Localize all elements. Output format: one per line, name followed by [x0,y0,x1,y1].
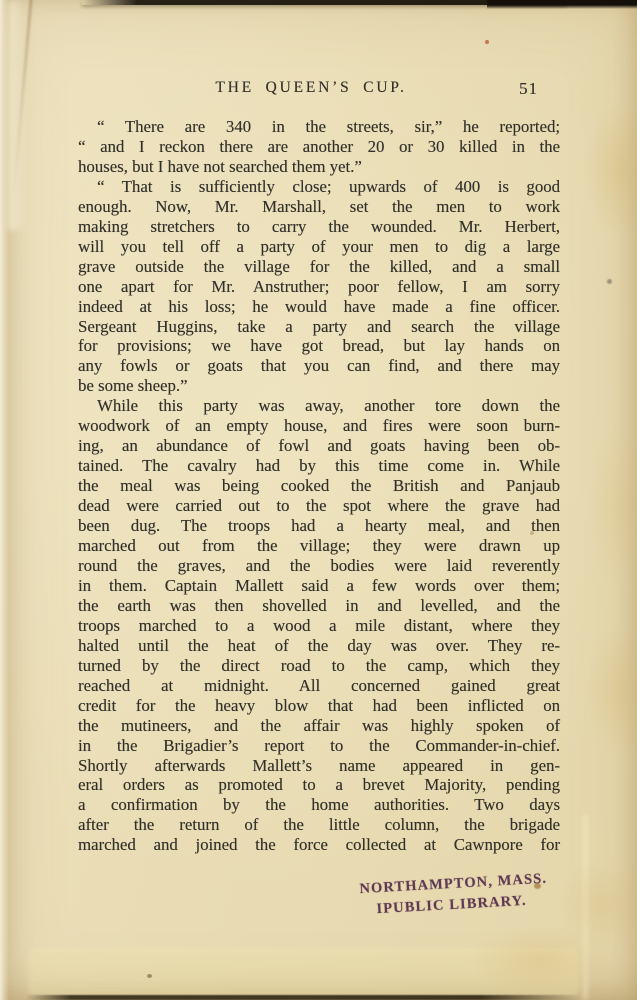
text-line: turned by the direct road to the camp, w… [78,656,560,676]
text-line: be some sheep.” [78,376,560,396]
text-line: eral orders as promoted to a brevet Majo… [78,775,560,795]
text-line: the meal was being cooked the British an… [78,476,560,496]
scan-edge-top-right [487,0,637,9]
text-line: any fowls or goats that you can find, an… [78,356,560,376]
text-line: one apart for Mr. Anstruther; poor fello… [78,277,560,297]
paper-crease-highlight [8,0,28,230]
text-line: enough. Now, Mr. Marshall, set the men t… [78,197,560,217]
page-header: THE QUEEN’S CUP. 51 [78,79,560,101]
text-line: a confirmation by the home authorities. … [78,795,560,815]
scan-edge-bottom [26,995,581,1000]
text-line: the earth was then shovelled in and leve… [78,596,560,616]
text-line: after the return of the little column, t… [78,815,560,835]
text-line: in the Brigadier’s report to the Command… [78,736,560,756]
text-line: troops marched to a wood a mile distant,… [78,616,560,636]
paper-stain [586,625,637,755]
text-line: “ and I reckon there are another 20 or 3… [78,137,560,157]
text-line: indeed at his loss; he would have made a… [78,297,560,317]
paper-speck [607,279,612,284]
text-line: round the graves, and the bodies were la… [78,556,560,576]
text-line: halted until the heat of the day was ove… [78,636,560,656]
text-line: Sergeant Huggins, take a party and searc… [78,317,560,337]
library-stamp: NORTHAMPTON, MASS. IPUBLIC LIBRARY. [359,869,543,921]
running-title: THE QUEEN’S CUP. [215,79,406,97]
text-line: “ There are 340 in the streets, sir,” he… [78,117,560,137]
text-line: “ That is sufficiently close; upwards of… [78,177,560,197]
book-page: THE QUEEN’S CUP. 51 “ There are 340 in t… [0,0,637,1000]
text-block: “ There are 340 in the streets, sir,” he… [78,117,560,855]
text-line: marched out from the village; they were … [78,536,560,556]
text-line: ing, an abundance of fowl and goats havi… [78,436,560,456]
text-line: houses, but I have not searched them yet… [78,157,560,177]
page-edge-fold [582,815,589,1000]
text-line: Shortly afterwards Mallett’s name appear… [78,756,560,776]
page-number: 51 [519,79,538,99]
text-line: credit for the heavy blow that had been … [78,696,560,716]
text-line: woodwork of an empty house, and fires we… [78,416,560,436]
text-line: making stretchers to carry the wounded. … [78,217,560,237]
paper-stain [588,420,637,590]
text-line: been dug. The troops had a hearty meal, … [78,516,560,536]
paper-stain [555,860,637,950]
paper-stain [584,100,637,240]
paper-speck [485,40,489,44]
text-line: grave outside the village for the killed… [78,257,560,277]
text-line: will you tell off a party of your men to… [78,237,560,257]
text-line: in them. Captain Mallett said a few word… [78,576,560,596]
text-line: reached at midnight. All concerned gaine… [78,676,560,696]
text-line: the mutineers, and the affair was highly… [78,716,560,736]
text-line: for provisions; we have got bread, but l… [78,336,560,356]
text-line: marched and joined the force collected a… [78,835,560,855]
text-line: tained. The cavalry had by this time com… [78,456,560,476]
scan-bottom-blur [28,949,579,995]
text-line: While this party was away, another tore … [78,396,560,416]
text-line: dead were carried out to the spot where … [78,496,560,516]
